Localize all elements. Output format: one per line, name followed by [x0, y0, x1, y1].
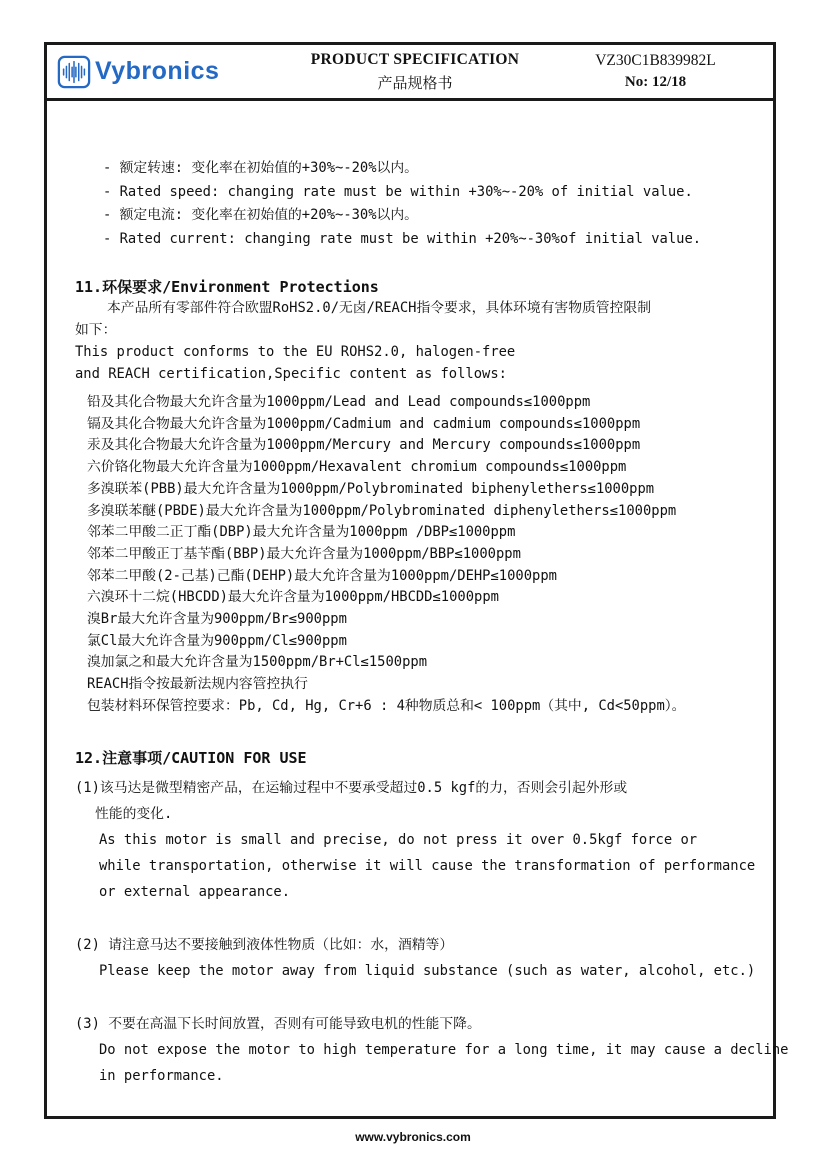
caution-line: in performance. — [75, 1063, 761, 1089]
document-header: Vybronics PRODUCT SPECIFICATION 产品规格书 VZ… — [47, 45, 773, 101]
doc-number: VZ30C1B839982L — [548, 52, 763, 70]
caution-line: (1)该马达是微型精密产品，在运输过程中不要承受超过0.5 kgf的力，否则会引… — [75, 775, 761, 801]
page-number: No: 12/18 — [548, 74, 763, 91]
caution-line: while transportation, otherwise it will … — [75, 853, 761, 879]
caution-line: Please keep the motor away from liquid s… — [75, 958, 761, 984]
doc-block: VZ30C1B839982L No: 12/18 — [548, 52, 763, 91]
rohs-item-line: REACH指令按最新法规内容管控执行 — [75, 674, 761, 696]
title-block: PRODUCT SPECIFICATION 产品规格书 — [282, 51, 548, 93]
rated-notes: - 额定转速: 变化率在初始值的+30%~-20%以内。 - Rated spe… — [75, 157, 761, 251]
title-en: PRODUCT SPECIFICATION — [282, 51, 548, 69]
rated-note-line: - Rated current: changing rate must be w… — [75, 228, 761, 252]
rohs-item-line: 氯Cl最大允许含量为900ppm/Cl≤900ppm — [75, 631, 761, 653]
logo-text: Vybronics — [95, 57, 219, 86]
rated-note-line: - Rated speed: changing rate must be wit… — [75, 181, 761, 205]
caution-line: (2) 请注意马达不要接触到液体性物质（比如：水，酒精等） — [75, 932, 761, 958]
intro-line: and REACH certification,Specific content… — [75, 363, 761, 385]
intro-line: 本产品所有零部件符合欧盟RoHS2.0/无卤/REACH指令要求，具体环境有害物… — [75, 297, 761, 319]
document-frame: Vybronics PRODUCT SPECIFICATION 产品规格书 VZ… — [44, 42, 776, 1119]
intro-line: 如下： — [75, 319, 761, 341]
rohs-item-line: 溴加氯之和最大允许含量为1500ppm/Br+Cl≤1500ppm — [75, 652, 761, 674]
rohs-item-line: 邻苯二甲酸(2-己基)己酯(DEHP)最大允许含量为1000ppm/DEHP≤1… — [75, 566, 761, 588]
rohs-item-line: 汞及其化合物最大允许含量为1000ppm/Mercury and Mercury… — [75, 435, 761, 457]
caution-item-2: (2) 请注意马达不要接触到液体性物质（比如：水，酒精等） Please kee… — [75, 932, 761, 984]
rohs-item-line: 邻苯二甲酸正丁基苄酯(BBP)最大允许含量为1000ppm/BBP≤1000pp… — [75, 544, 761, 566]
section-11-heading: 11.环保要求/Environment Protections — [75, 276, 761, 297]
caution-line: (3) 不要在高温下长时间放置，否则有可能导致电机的性能下降。 — [75, 1011, 761, 1037]
rated-note-line: - 额定转速: 变化率在初始值的+30%~-20%以内。 — [75, 157, 761, 181]
caution-line: or external appearance. — [75, 879, 761, 905]
rohs-item-line: 多溴联苯(PBB)最大允许含量为1000ppm/Polybrominated b… — [75, 479, 761, 501]
caution-item-3: (3) 不要在高温下长时间放置，否则有可能导致电机的性能下降。 Do not e… — [75, 1011, 761, 1089]
caution-line: 性能的变化. — [75, 801, 761, 827]
caution-item-1: (1)该马达是微型精密产品，在运输过程中不要承受超过0.5 kgf的力，否则会引… — [75, 775, 761, 905]
footer-url: www.vybronics.com — [0, 1130, 826, 1144]
document-body: - 额定转速: 变化率在初始值的+30%~-20%以内。 - Rated spe… — [47, 101, 773, 1089]
rohs-substance-list: 铅及其化合物最大允许含量为1000ppm/Lead and Lead compo… — [75, 392, 761, 718]
rohs-item-line: 镉及其化合物最大允许含量为1000ppm/Cadmium and cadmium… — [75, 414, 761, 436]
rohs-item-line: 多溴联苯醚(PBDE)最大允许含量为1000ppm/Polybrominated… — [75, 501, 761, 523]
title-zh: 产品规格书 — [282, 72, 548, 93]
rohs-item-line: 铅及其化合物最大允许含量为1000ppm/Lead and Lead compo… — [75, 392, 761, 414]
rohs-item-line: 溴Br最大允许含量为900ppm/Br≤900ppm — [75, 609, 761, 631]
caution-line: As this motor is small and precise, do n… — [75, 827, 761, 853]
rohs-item-line: 邻苯二甲酸二正丁酯(DBP)最大允许含量为1000ppm /DBP≤1000pp… — [75, 522, 761, 544]
rohs-item-line: 六价铬化物最大允许含量为1000ppm/Hexavalent chromium … — [75, 457, 761, 479]
section-11-intro: 本产品所有零部件符合欧盟RoHS2.0/无卤/REACH指令要求，具体环境有害物… — [75, 297, 761, 385]
rated-note-line: - 额定电流: 变化率在初始值的+20%~-30%以内。 — [75, 204, 761, 228]
vybronics-logo: Vybronics — [57, 55, 282, 89]
section-12-heading: 12.注意事项/CAUTION FOR USE — [75, 747, 761, 768]
caution-line: Do not expose the motor to high temperat… — [75, 1037, 761, 1063]
intro-line: This product conforms to the EU ROHS2.0,… — [75, 341, 761, 363]
rohs-item-line: 包装材料环保管控要求：Pb, Cd, Hg, Cr+6 : 4种物质总和< 10… — [75, 696, 761, 718]
vybronics-waveform-icon — [57, 55, 91, 89]
rohs-item-line: 六溴环十二烷(HBCDD)最大允许含量为1000ppm/HBCDD≤1000pp… — [75, 587, 761, 609]
